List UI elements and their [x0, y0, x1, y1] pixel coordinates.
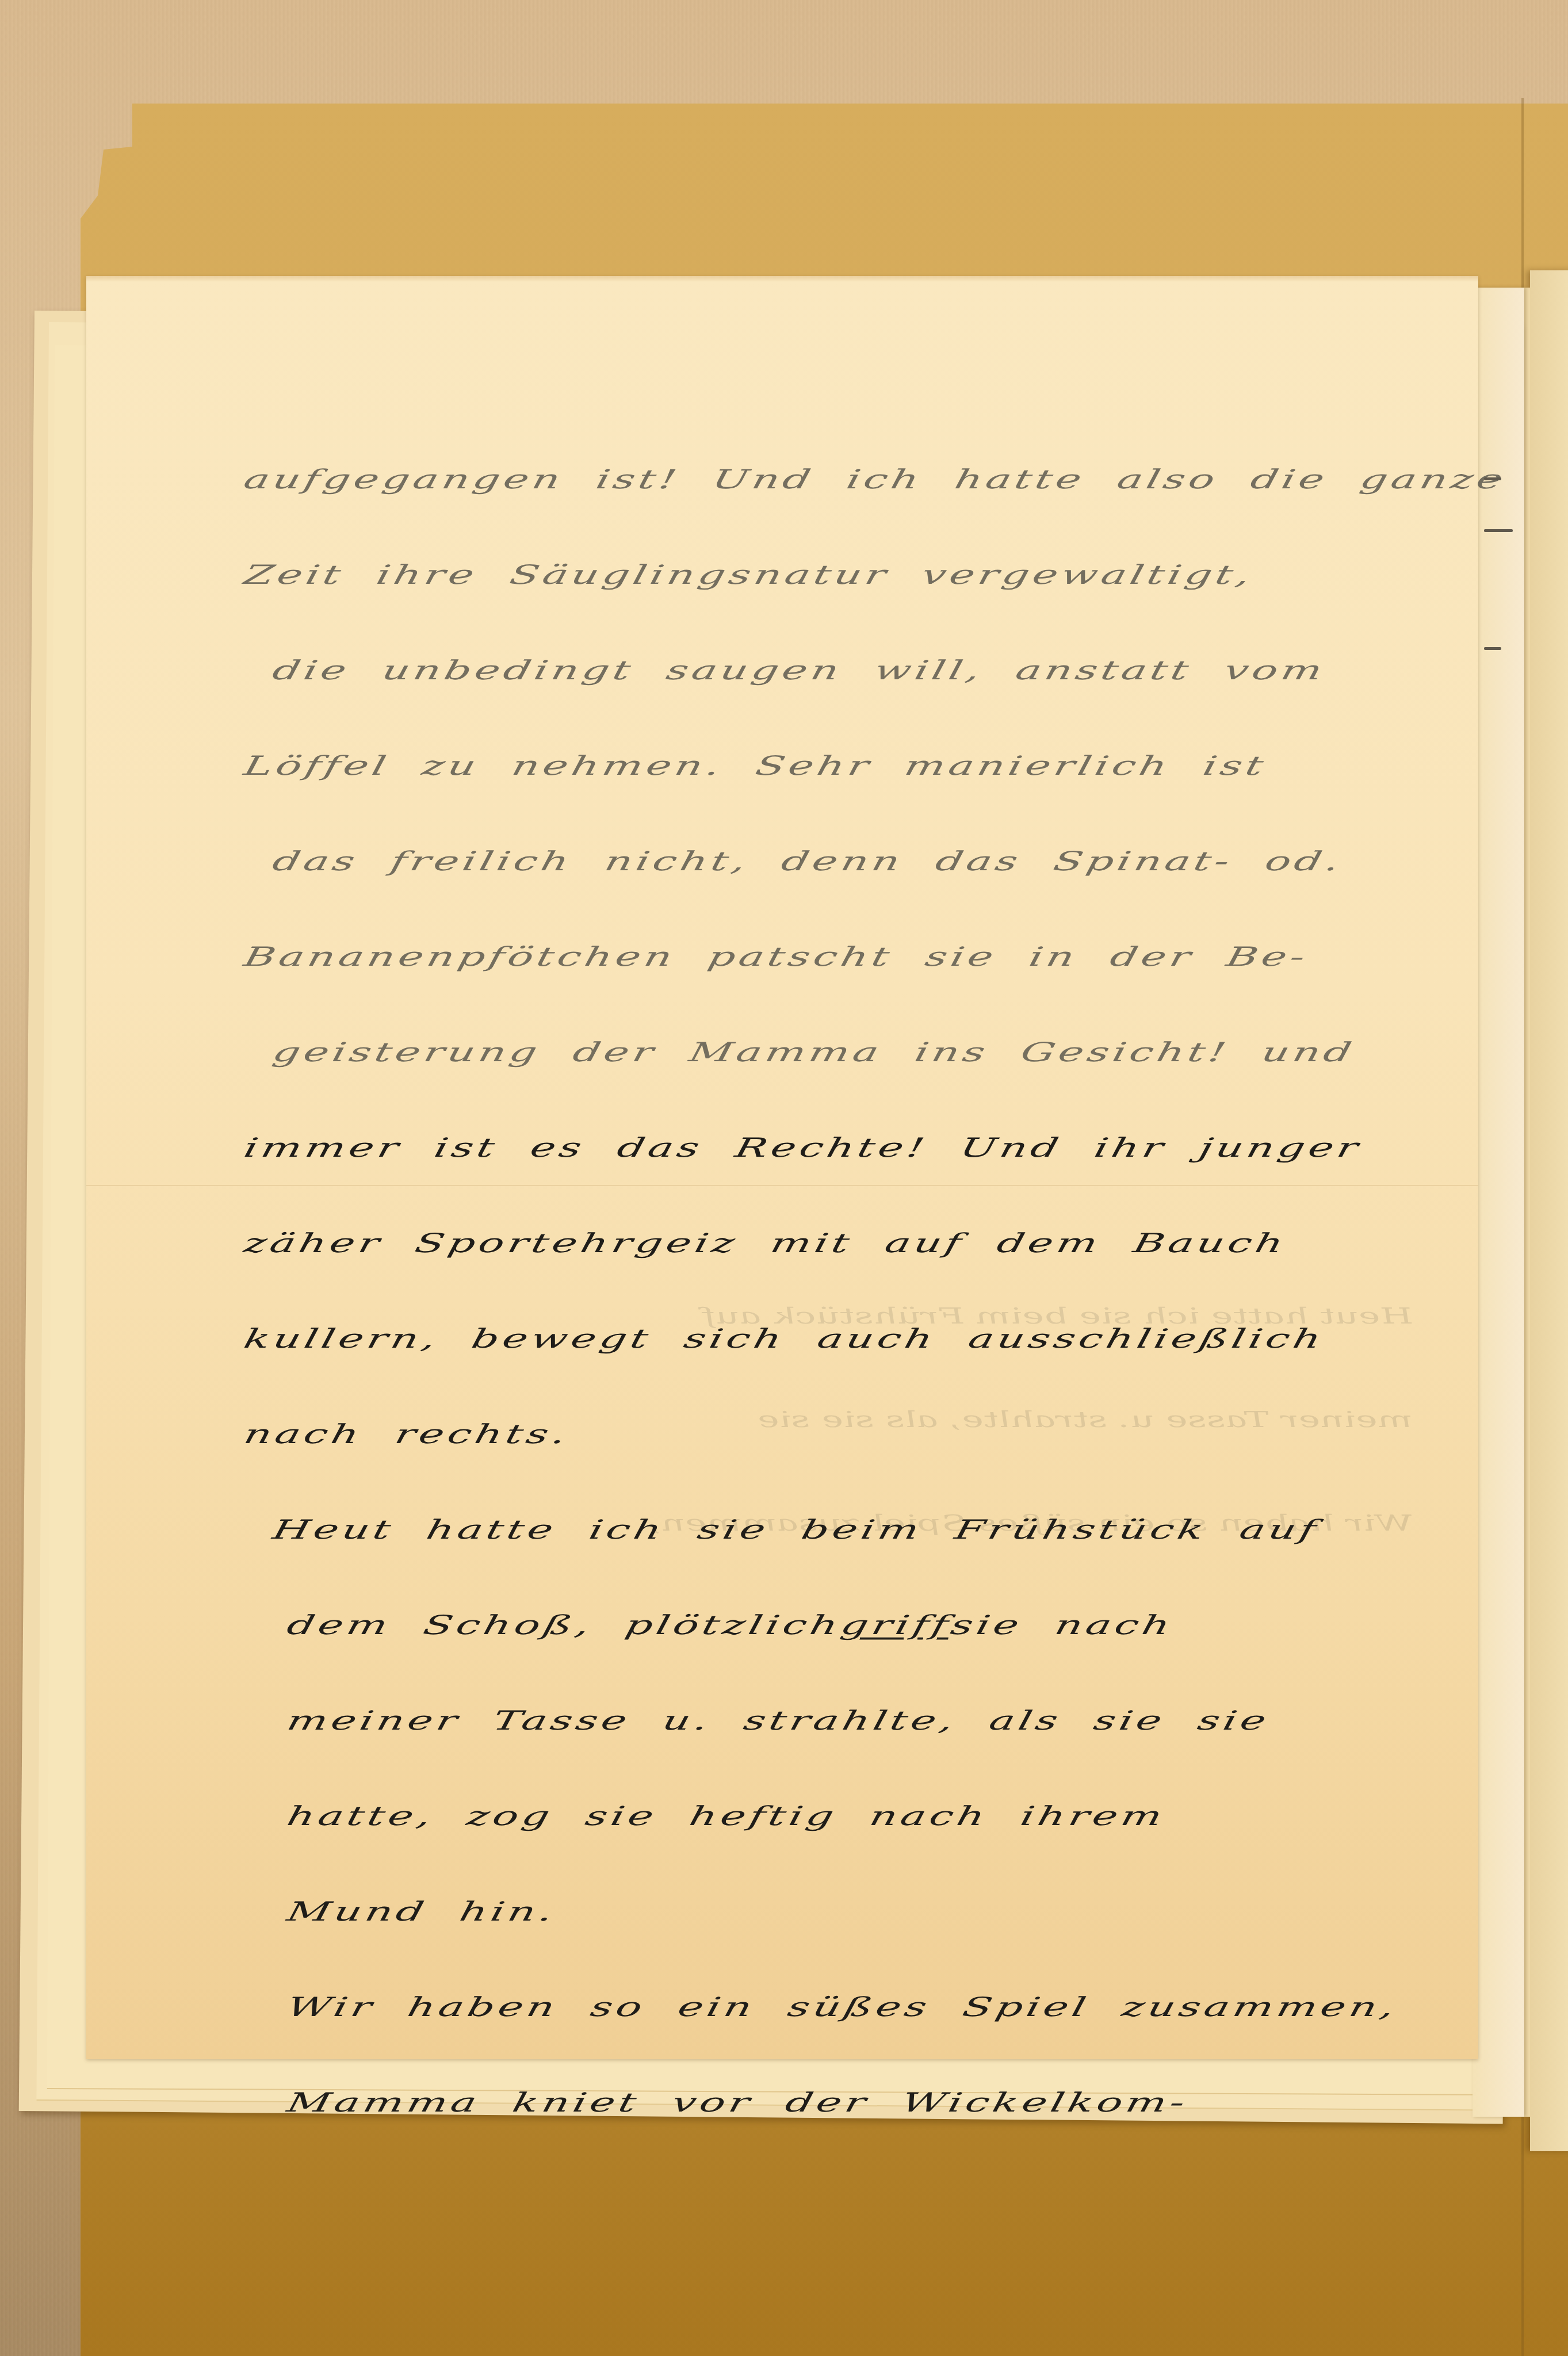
text-line-10: kullern, bewegt sich auch ausschließlich [242, 1292, 1485, 1352]
text-line-5: das freilich nicht, denn das Spinat- od. [242, 815, 1485, 874]
text-line-13: dem Schoß, plötzlich griff sie nach [242, 1579, 1485, 1638]
text-line-2: Zeit ihre Säuglingsnatur vergewaltigt, [242, 529, 1485, 588]
text-line-17: Wir haben so ein süßes Spiel zusammen, [242, 1961, 1485, 2020]
margin-mark [1484, 647, 1501, 650]
text-line-18: Mamma kniet vor der Wickelkom- [242, 2056, 1485, 2116]
text-segment: dem Schoß, plötzlich [285, 1612, 844, 1638]
letter-page: Heut hatte ich sie beim Frühstück auf me… [86, 276, 1478, 2059]
text-line-3: die unbedingt saugen will, anstatt vom [242, 624, 1485, 683]
text-line-16: Mund hin. [242, 1865, 1485, 1925]
text-line-9: zäher Sportehrgeiz mit auf dem Bauch [242, 1197, 1485, 1256]
underlined-word: griff [838, 1612, 954, 1638]
text-line-11: nach rechts. [242, 1388, 1485, 1447]
text-line-8: immer ist es das Rechte! Und ihr junger [242, 1101, 1485, 1161]
margin-mark [1484, 529, 1513, 532]
text-line-15: hatte, zog sie heftig nach ihrem [242, 1770, 1485, 1829]
page-top-edge [86, 276, 1478, 282]
text-segment: sie nach [949, 1612, 1176, 1638]
text-line-4: Löffel zu nehmen. Sehr manierlich ist [242, 720, 1485, 779]
handwritten-text: aufgegangen ist! Und ich hatte also die … [242, 397, 1473, 2116]
text-line-14: meiner Tasse u. strahlte, als sie sie [242, 1674, 1485, 1734]
adjacent-paper-stack [1530, 270, 1568, 2151]
text-line-6: Bananenpfötchen patscht sie in der Be- [242, 911, 1485, 970]
text-line-7: geisterung der Mamma ins Gesicht! und [242, 1006, 1485, 1065]
text-line-12: Heut hatte ich sie beim Frühstück auf [242, 1483, 1485, 1543]
text-line-1: aufgegangen ist! Und ich hatte also die … [242, 433, 1485, 492]
